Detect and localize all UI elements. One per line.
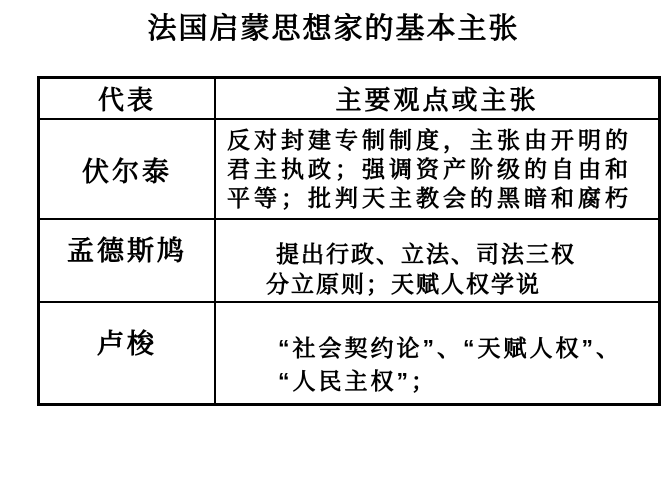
row-montesquieu-name: 孟德斯鸠 bbox=[40, 220, 216, 303]
voltaire-views-line-2: 君主执政；强调资产阶级的自由和 bbox=[227, 155, 632, 184]
voltaire-views-line-1: 反对封建专制制度，主张由开明的 bbox=[227, 126, 632, 155]
montesquieu-views-line-1: 提出行政、立法、司法三权 bbox=[266, 239, 576, 269]
slide: 法国启蒙思想家的基本主张 代表 主要观点或主张 伏尔泰 反对封建专制制度，主张由… bbox=[0, 0, 667, 500]
rousseau-views-line-1: “社会契约论”、“天赋人权”、 bbox=[278, 332, 622, 365]
column-header-views: 主要观点或主张 bbox=[216, 79, 658, 120]
page-title: 法国启蒙思想家的基本主张 bbox=[0, 6, 667, 47]
montesquieu-views-line-2: 分立原则；天赋人权学说 bbox=[266, 269, 541, 299]
row-voltaire-name: 伏尔泰 bbox=[40, 120, 216, 220]
voltaire-views-line-3: 平等；批判天主教会的黑暗和腐朽 bbox=[227, 184, 632, 213]
row-rousseau-name: 卢梭 bbox=[40, 303, 216, 403]
row-montesquieu-views: 提出行政、立法、司法三权 分立原则；天赋人权学说 bbox=[216, 220, 658, 303]
rousseau-views-line-2: “人民主权”； bbox=[278, 365, 437, 398]
thinkers-table: 代表 主要观点或主张 伏尔泰 反对封建专制制度，主张由开明的 君主执政；强调资产… bbox=[37, 76, 661, 406]
column-header-representative: 代表 bbox=[40, 79, 216, 120]
row-voltaire-views: 反对封建专制制度，主张由开明的 君主执政；强调资产阶级的自由和 平等；批判天主教… bbox=[216, 120, 658, 220]
row-rousseau-views: “社会契约论”、“天赋人权”、 “人民主权”； bbox=[216, 303, 658, 403]
